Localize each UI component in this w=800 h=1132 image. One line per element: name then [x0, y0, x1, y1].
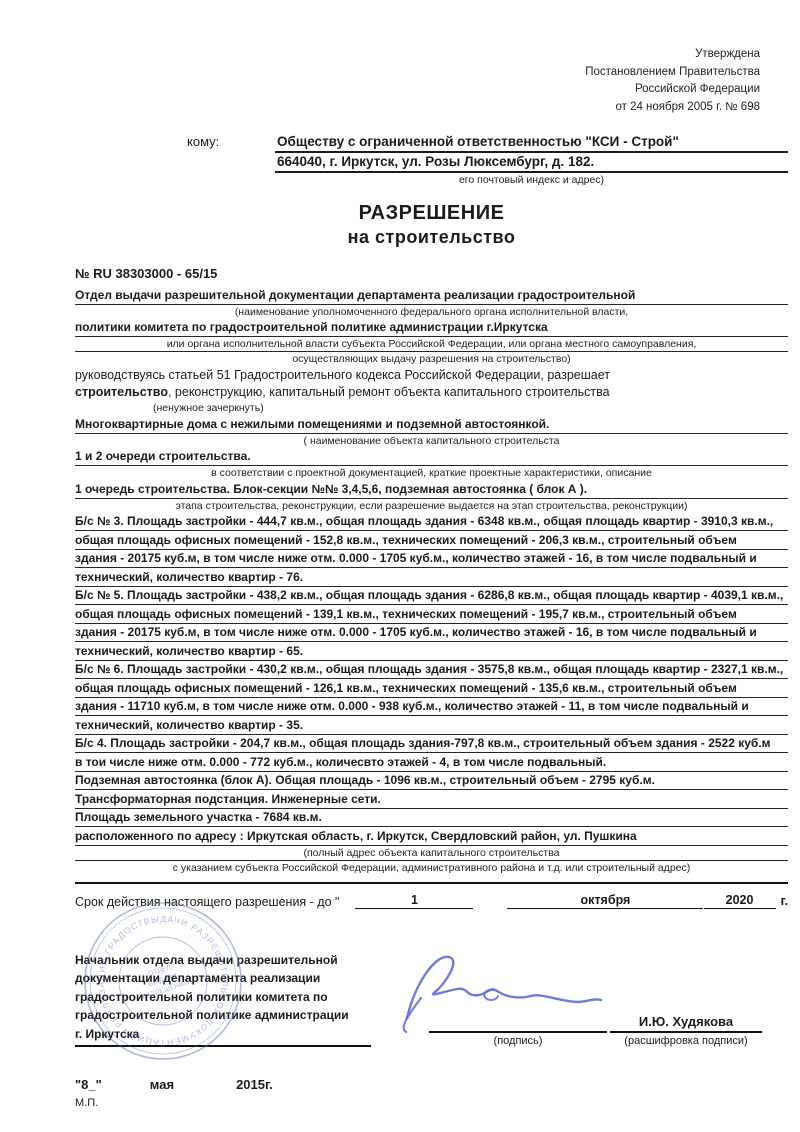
- caption-project-docs: в соответствии с проектной документацией…: [75, 466, 788, 480]
- seal-place-abbr: М.П.: [75, 1097, 788, 1109]
- official-title-line: г. Иркутска: [75, 1025, 371, 1044]
- permit-action-line: строительство, реконструкцию, капитальны…: [75, 384, 788, 402]
- addressee-name: Обществу с ограниченной ответственностью…: [275, 133, 788, 153]
- land-area-line: Площадь земельного участка - 7684 кв.м.: [75, 809, 788, 828]
- official-title-line: градостроительной политике администрации: [75, 1006, 371, 1025]
- signer-name-caption: (расшифровка подписи): [610, 1033, 762, 1047]
- title-line-1: РАЗРЕШЕНИЕ: [75, 201, 788, 226]
- validity-month: октября: [507, 893, 703, 909]
- issuer-line-1: Отдел выдачи разрешительной документации…: [75, 286, 788, 305]
- block5-line-4: технический, количество квартир - 65.: [75, 642, 788, 661]
- signer-name: И.Ю. Худякова: [610, 1014, 762, 1033]
- block3-line-2: общая площадь офисных помещений - 152,8 …: [75, 531, 788, 550]
- caption-address-2: с указанием субъекта Российской Федераци…: [75, 861, 788, 875]
- block6-line-1: Б/с № 6. Площадь застройки - 430,2 кв.м.…: [75, 661, 788, 680]
- block3-line-4: технический, количество квартир - 76.: [75, 568, 788, 587]
- caption-stage: этапа строительства, реконструкции, если…: [75, 499, 788, 513]
- approval-line: Постановлением Правительства: [75, 64, 760, 82]
- stage1-line: 1 очередь строительства. Блок-секции №№ …: [75, 480, 788, 499]
- caption-address-1: (полный адрес объекта капитального строи…: [75, 846, 788, 861]
- block6-line-4: технический, количество квартир - 35.: [75, 716, 788, 735]
- approval-line: Утверждена: [75, 46, 760, 64]
- block5-line-1: Б/с № 5. Площадь застройки - 438,2 кв.м.…: [75, 587, 788, 606]
- action-rest: , реконструкцию, капитальный ремонт объе…: [168, 385, 610, 399]
- block6-line-2: общая площадь офисных помещений - 126,1 …: [75, 679, 788, 698]
- block5-line-2: общая площадь офисных помещений - 139,1 …: [75, 605, 788, 624]
- official-title-block: Начальник отдела выдачи разрешительной д…: [75, 951, 371, 1048]
- substation-line: Трансформаторная подстанция. Инженерные …: [75, 790, 788, 809]
- approval-line: от 24 ноября 2005 г. № 698: [75, 99, 760, 117]
- divider-line: [75, 882, 788, 884]
- addressee-block: кому: Обществу с ограниченной ответствен…: [75, 133, 788, 186]
- block3-line-1: Б/с № 3. Площадь застройки - 444,7 кв.м.…: [75, 513, 788, 532]
- title-line-2: на строительство: [75, 226, 788, 249]
- date-year: 2015г.: [236, 1077, 273, 1092]
- date-day: "8_": [75, 1077, 102, 1092]
- addressee-caption: его почтовый индекс и адрес): [275, 173, 788, 186]
- addressee-label: кому:: [187, 133, 275, 186]
- signature-caption: (подпись): [429, 1033, 607, 1047]
- validity-row: Срок действия настоящего разрешения - до…: [75, 893, 788, 909]
- handwritten-signature: [391, 938, 621, 1033]
- date-month: мая: [150, 1077, 174, 1092]
- caption-authority-3: осуществляющих выдачу разрешения на стро…: [75, 352, 788, 366]
- caption-authority-2: или органа исполнительной власти субъект…: [75, 337, 788, 352]
- validity-day: 1: [355, 893, 473, 909]
- block3-line-3: здания - 20175 куб.м, в том числе ниже о…: [75, 550, 788, 569]
- validity-prefix: Срок действия настоящего разрешения - до…: [75, 895, 339, 909]
- legal-basis-line: руководствуясь статьей 51 Градостроитель…: [75, 366, 788, 384]
- official-title-line: документации департамента реализации: [75, 969, 371, 988]
- parking-line: Подземная автостоянка (блок А). Общая пл…: [75, 772, 788, 791]
- approval-header: Утверждена Постановлением Правительства …: [75, 46, 760, 116]
- addressee-address: 664040, г. Иркутск, ул. Розы Люксембург,…: [275, 153, 788, 173]
- document-body: Отдел выдачи разрешительной документации…: [75, 286, 788, 875]
- caption-authority-1: (наименование уполномоченного федерально…: [75, 305, 788, 319]
- validity-year: 2020: [704, 893, 776, 909]
- official-title-line: градостроительной политики комитета по: [75, 988, 371, 1007]
- signature-area: (подпись): [429, 1031, 607, 1047]
- approval-line: Российской Федерации: [75, 81, 760, 99]
- block6-line-3: здания - 11710 куб.м, в том числе ниже о…: [75, 698, 788, 717]
- issuer-line-2: политики комитета по градостроительной п…: [75, 319, 788, 338]
- caption-object-name: ( наименование объекта капитального стро…: [75, 434, 788, 448]
- signer-name-area: И.Ю. Худякова (расшифровка подписи): [610, 1014, 762, 1047]
- block4-line-2: в тои числе ниже отм. 0.000 - 772 куб.м.…: [75, 753, 788, 772]
- object-name-line: Многоквартирные дома с нежилыми помещени…: [75, 415, 788, 434]
- block4-line-1: Б/с 4. Площадь застройки - 204,7 кв.м., …: [75, 735, 788, 754]
- construction-permit-document: Утверждена Постановлением Правительства …: [0, 0, 800, 1132]
- signature-section: Начальник отдела выдачи разрешительной д…: [75, 951, 788, 1048]
- signing-date: "8_" мая 2015г.: [75, 1077, 385, 1092]
- caption-strike-unneeded: (ненужное зачеркнуть): [75, 401, 788, 415]
- location-line: расположенного по адресу : Иркутская обл…: [75, 827, 788, 846]
- stages-line: 1 и 2 очереди строительства.: [75, 448, 788, 467]
- page-title: РАЗРЕШЕНИЕ на строительство: [75, 201, 788, 249]
- action-bold: строительство: [75, 385, 168, 399]
- official-title-line: Начальник отдела выдачи разрешительной: [75, 951, 371, 970]
- permit-number: № RU 38303000 - 65/15: [75, 266, 788, 281]
- addressee-lines: Обществу с ограниченной ответственностью…: [275, 133, 788, 186]
- validity-year-suffix: г.: [781, 894, 788, 909]
- block5-line-3: здания - 20175 куб.м, в том числе ниже о…: [75, 624, 788, 643]
